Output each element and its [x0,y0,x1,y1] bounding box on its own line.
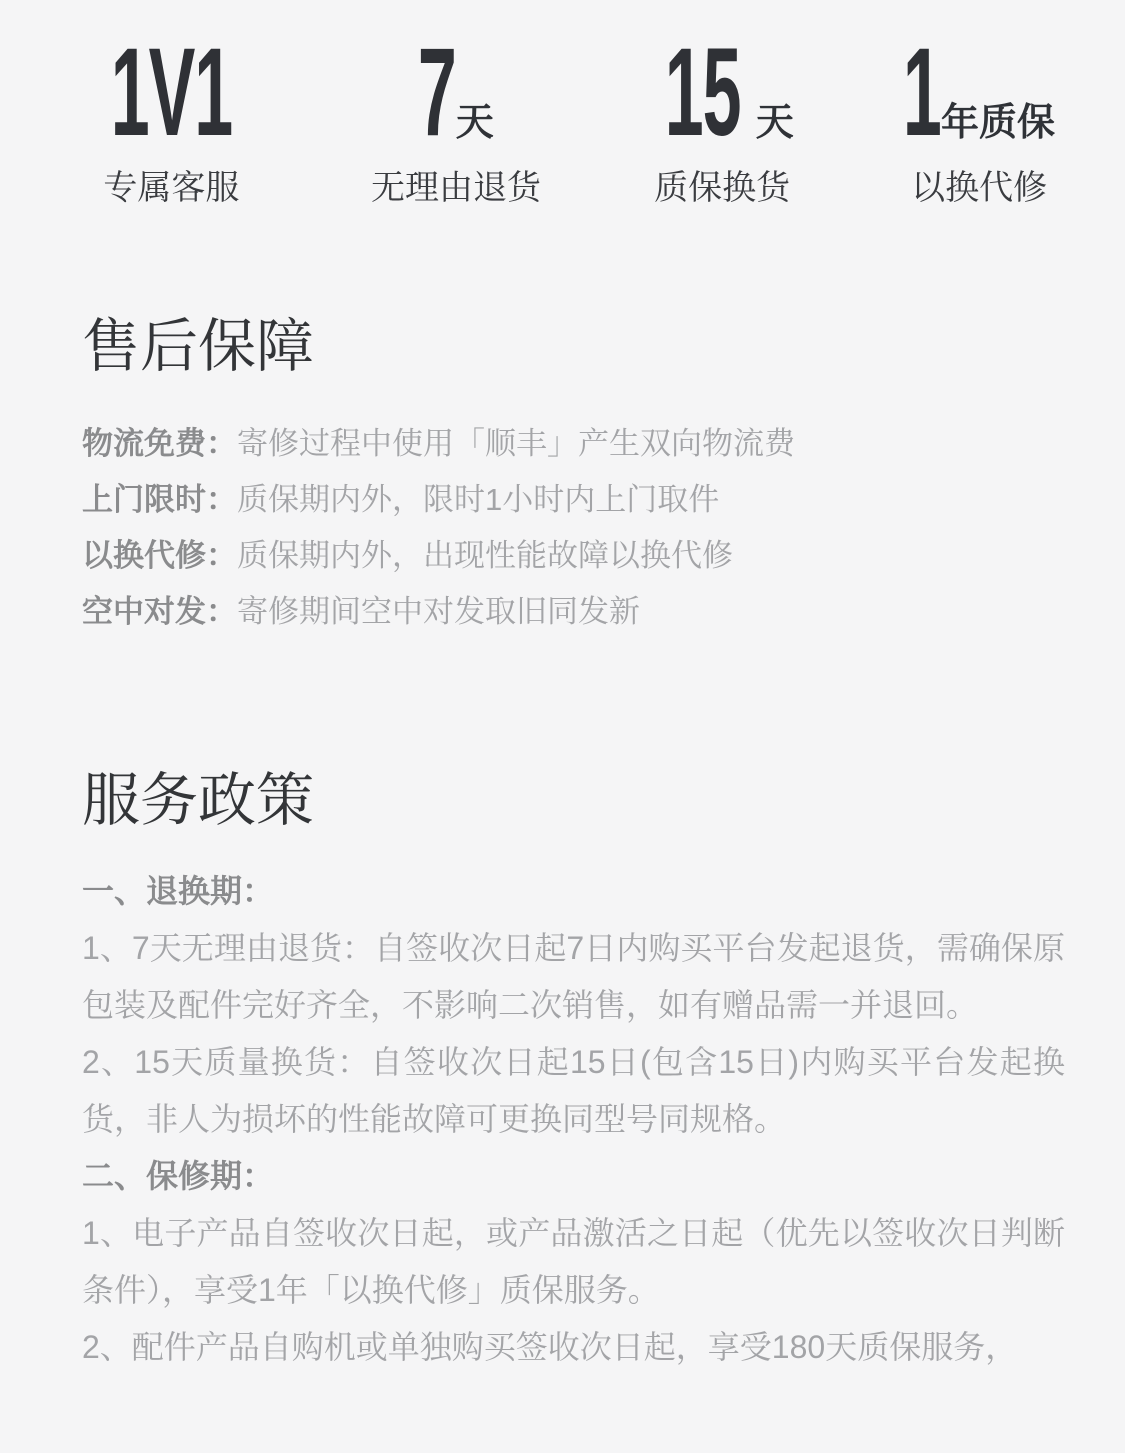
after-sales-item-free-logistics: 物流免费：寄修过程中使用「顺丰」产生双向物流费 [82,416,1065,472]
highlight-label: 质保换货 [654,169,790,208]
highlight-value: 7天 [418,30,494,155]
service-policy-title: 服务政策 [82,766,1065,836]
policy-paragraph-15day-exchange: 2、15天质量换货：自签收次日起15日(包含15日)内购买平台发起换货，非人为损… [82,1034,1065,1148]
after-sales-item-text: 质保期内外，出现性能故障以换代修 [237,538,733,573]
policy-paragraph-electronics-warranty: 1、电子产品自签收次日起，或产品激活之日起（优先以签收次日判断条件），享受1年「… [82,1205,1065,1319]
after-sales-item-door-pickup: 上门限时：质保期内外，限时1小时内上门取件 [82,472,1065,528]
highlight-value: 1年质保 [903,30,1055,155]
after-sales-list: 物流免费：寄修过程中使用「顺丰」产生双向物流费 上门限时：质保期内外，限时1小时… [82,416,1065,640]
highlight-number: 1 [903,30,941,155]
highlight-label: 专属客服 [103,169,239,208]
highlight-value: 15天 [650,30,793,155]
after-sales-item-label: 上门限时： [82,482,237,517]
highlight-1year-warranty: 1年质保 以换代修 [903,30,1055,208]
after-sales-item-label: 以换代修： [82,538,237,573]
highlight-unit: 天 [456,104,494,142]
after-sales-title: 售后保障 [82,312,1065,382]
service-policy-body: 一、退换期： 1、7天无理由退货：自签收次日起7日内购买平台发起退货，需确保原包… [82,863,1065,1376]
after-sales-item-label: 空中对发： [82,594,237,629]
policy-paragraph-accessories-warranty: 2、配件产品自购机或单独购买签收次日起，享受180天质保服务， [82,1319,1065,1376]
highlight-15day-exchange: 15天 质保换货 [647,30,797,208]
after-sales-item-text: 寄修期间空中对发取旧同发新 [237,594,640,629]
after-sales-item-cross-ship: 空中对发：寄修期间空中对发取旧同发新 [82,584,1065,640]
highlight-number: 15 [665,30,741,155]
highlight-unit: 天 [756,104,794,142]
page-content: 售后保障 物流免费：寄修过程中使用「顺丰」产生双向物流费 上门限时：质保期内外，… [0,312,1125,1376]
policy-paragraph-7day-return: 1、7天无理由退货：自签收次日起7日内购买平台发起退货，需确保原包装及配件完好齐… [82,920,1065,1034]
highlight-unit: 年质保 [941,104,1055,142]
highlights-row: 1V1 专属客服 7天 无理由退货 15天 质保换货 1年质保 以换代修 [0,0,1125,208]
policy-section-return-period: 一、退换期： [82,863,1065,920]
highlight-number: 7 [418,30,456,155]
highlight-value: 1V1 [78,30,265,155]
after-sales-item-label: 物流免费： [82,426,237,461]
policy-section-warranty-period: 二、保修期： [82,1148,1065,1205]
highlight-7day-return: 7天 无理由退货 [371,30,541,208]
service-guarantee-page: 1V1 专属客服 7天 无理由退货 15天 质保换货 1年质保 以换代修 售后保… [0,0,1125,1376]
highlight-dedicated-support: 1V1 专属客服 [78,30,265,208]
after-sales-item-text: 寄修过程中使用「顺丰」产生双向物流费 [237,426,795,461]
highlight-label: 无理由退货 [371,169,541,208]
highlight-number: 1V1 [111,30,232,155]
after-sales-item-text: 质保期内外，限时1小时内上门取件 [237,482,719,517]
after-sales-item-replace-repair: 以换代修：质保期内外，出现性能故障以换代修 [82,528,1065,584]
highlight-label: 以换代修 [911,169,1047,208]
